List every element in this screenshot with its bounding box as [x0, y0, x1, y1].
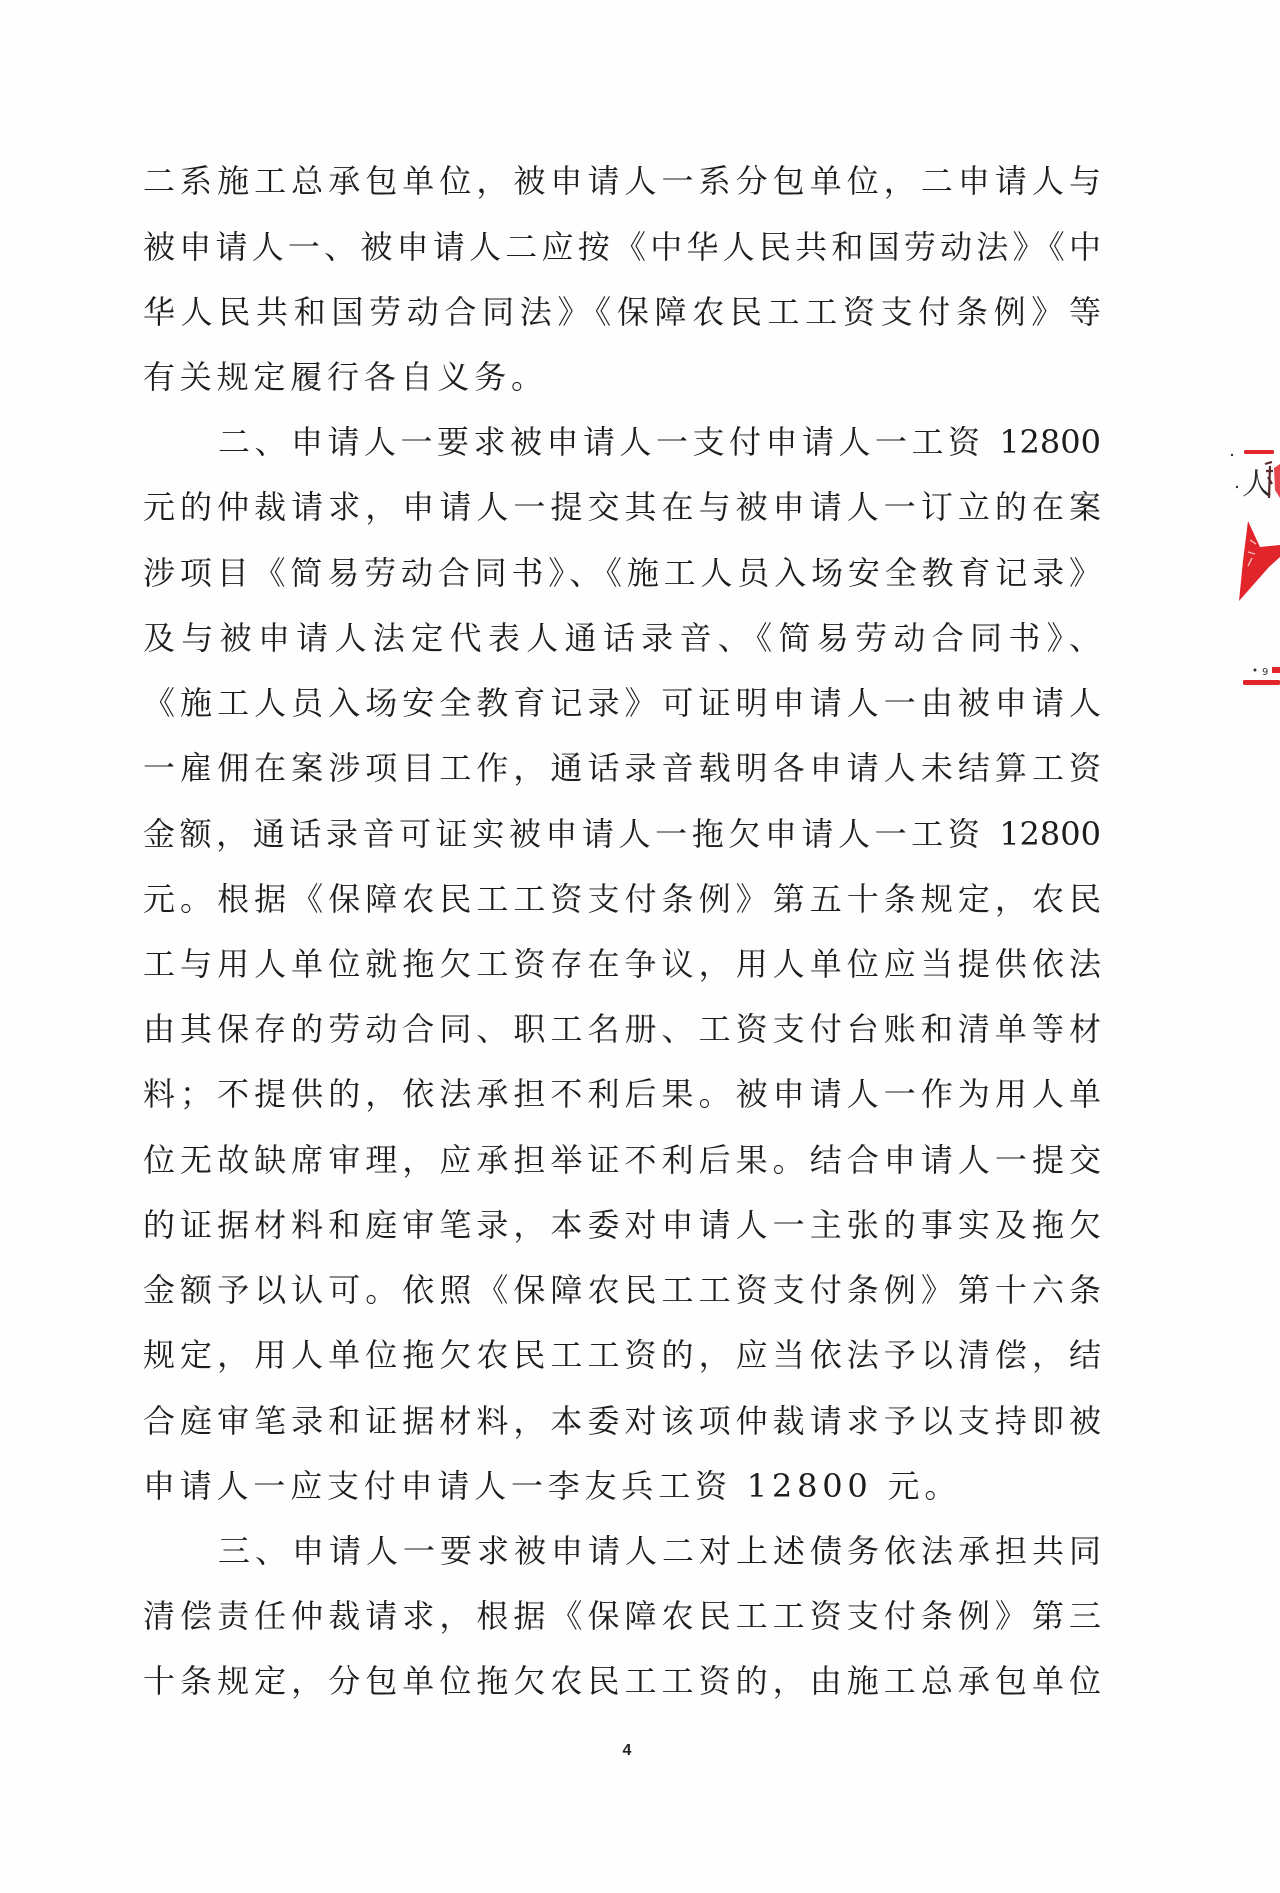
text-line: 被申请人一、被申请人二应按《中华人民共和国劳动法》《中	[143, 215, 1101, 280]
text-line: 由其保存的劳动合同、职工名册、工资支付台账和清单等材	[143, 997, 1101, 1062]
text-line: 合庭审笔录和证据材料，本委对该项仲裁请求予以支持即被	[143, 1389, 1101, 1454]
text-line: 清偿责任仲裁请求，根据《保障农民工工资支付条例》第三	[143, 1584, 1101, 1649]
page-number: 4	[610, 1741, 644, 1761]
text-line: 三、申请人一要求被申请人二对上述债务依法承担共同	[143, 1519, 1101, 1584]
text-line: 二、申请人一要求被申请人一支付申请人一工资 12800	[143, 410, 1101, 475]
document-page: 二系施工总承包单位，被申请人一系分包单位，二申请人与 被申请人一、被申请人二应按…	[0, 0, 1280, 1893]
text-line: 《施工人员入场安全教育记录》可证明申请人一由被申请人	[143, 671, 1101, 736]
seal-fragment-text: 人	[1242, 467, 1272, 502]
text-line: 金额，通话录音可证实被申请人一拖欠申请人一工资 12800	[143, 802, 1101, 867]
text-line: 十条规定，分包单位拖欠农民工工资的，由施工总承包单位	[143, 1649, 1101, 1714]
official-seal-fragment: 人 9	[1228, 440, 1280, 700]
text-line: 二系施工总承包单位，被申请人一系分包单位，二申请人与	[143, 149, 1101, 214]
paragraph-obligations: 二系施工总承包单位，被申请人一系分包单位，二申请人与 被申请人一、被申请人二应按…	[143, 149, 1101, 410]
text-line: 料；不提供的，依法承担不利后果。被申请人一作为用人单	[143, 1062, 1101, 1127]
text-line: 申请人一应支付申请人一李友兵工资 12800 元。	[143, 1454, 1101, 1519]
text-line: 金额予以认可。依照《保障农民工工资支付条例》第十六条	[143, 1258, 1101, 1323]
svg-text:9: 9	[1262, 667, 1268, 678]
text-line: 及与被申请人法定代表人通话录音、《简易劳动合同书》、	[143, 606, 1101, 671]
text-line: 涉项目《简易劳动合同书》、《施工人员入场安全教育记录》	[143, 541, 1101, 606]
paragraph-claim-two: 二、申请人一要求被申请人一支付申请人一工资 12800 元的仲裁请求，申请人一提…	[143, 410, 1101, 1519]
text-line: 规定，用人单位拖欠农民工工资的，应当依法予以清偿，结	[143, 1323, 1101, 1388]
body-text: 二系施工总承包单位，被申请人一系分包单位，二申请人与 被申请人一、被申请人二应按…	[143, 149, 1101, 1714]
text-line: 有关规定履行各自义务。	[143, 345, 1101, 410]
paragraph-claim-three: 三、申请人一要求被申请人二对上述债务依法承担共同 清偿责任仲裁请求，根据《保障农…	[143, 1519, 1101, 1715]
text-line: 工与用人单位就拖欠工资存在争议，用人单位应当提供依法	[143, 932, 1101, 997]
text-line: 一雇佣在案涉项目工作，通话录音载明各申请人未结算工资	[143, 736, 1101, 801]
seal-icon: 人 9	[1228, 440, 1280, 700]
text-line: 元。根据《保障农民工工资支付条例》第五十条规定，农民	[143, 867, 1101, 932]
text-line: 华人民共和国劳动合同法》《保障农民工工资支付条例》等	[143, 280, 1101, 345]
text-line: 元的仲裁请求，申请人一提交其在与被申请人一订立的在案	[143, 475, 1101, 540]
text-line: 的证据材料和庭审笔录，本委对申请人一主张的事实及拖欠	[143, 1193, 1101, 1258]
text-line: 位无故缺席审理，应承担举证不利后果。结合申请人一提交	[143, 1128, 1101, 1193]
